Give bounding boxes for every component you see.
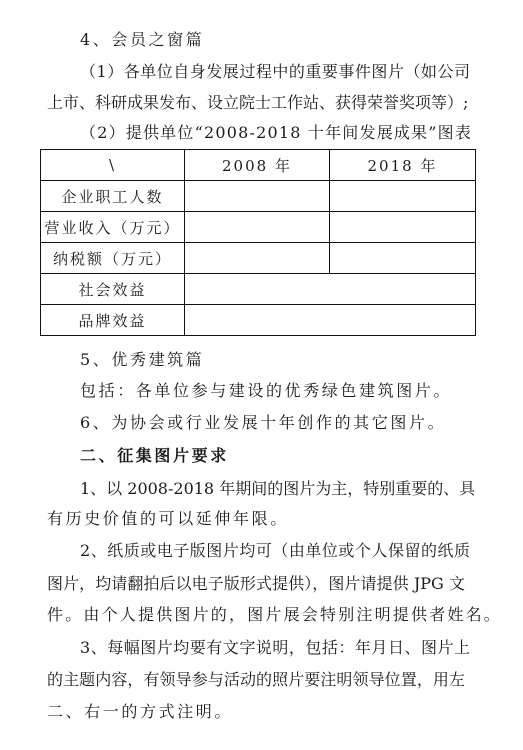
requirement-3-line-2: 的主题内容，有领导参与活动的照片要注明领导位置，用左 — [47, 668, 465, 692]
section-5-heading: 5、优秀建筑篇 — [80, 348, 470, 372]
section-5-body: 包括：各单位参与建设的优秀绿色建筑图片。 — [80, 379, 470, 403]
cell-brand-benefit[interactable] — [185, 305, 476, 336]
requirement-3-line-1: 3、每幅图片均要有文字说明，包括：年月日、图片上 — [80, 636, 470, 660]
row-label-tax: 纳税额（万元） — [41, 243, 185, 274]
row-label-revenue: 营业收入（万元） — [41, 212, 185, 243]
table-row: 社会效益 — [41, 274, 476, 305]
table-header-2008: 2008 年 — [185, 150, 330, 181]
section-4-item-1-line-2: 上市、科研成果发布、设立院士工作站、获得荣誉奖项等）; — [47, 91, 465, 115]
cell-revenue-2018[interactable] — [330, 212, 476, 243]
table-row: 营业收入（万元） — [41, 212, 476, 243]
section-6-heading: 6、为协会或行业发展十年创作的其它图片。 — [80, 411, 470, 435]
table-corner-cell: \ — [41, 150, 185, 181]
requirements-heading: 二、征集图片要求 — [80, 444, 470, 468]
cell-revenue-2008[interactable] — [185, 212, 330, 243]
cell-employees-2008[interactable] — [185, 181, 330, 212]
row-label-social-benefit: 社会效益 — [41, 274, 185, 305]
requirement-1-line-1: 1、以 2008-2018 年期间的图片为主，特别重要的、具 — [80, 477, 470, 501]
table-row: 品牌效益 — [41, 305, 476, 336]
row-label-employees: 企业职工人数 — [41, 181, 185, 212]
cell-tax-2008[interactable] — [185, 243, 330, 274]
row-label-brand-benefit: 品牌效益 — [41, 305, 185, 336]
development-results-table: \ 2008 年 2018 年 企业职工人数 营业收入（万元） 纳税额（万元） … — [40, 149, 476, 336]
table-row: 纳税额（万元） — [41, 243, 476, 274]
requirement-1-line-2: 有历史价值的可以延伸年限。 — [47, 507, 467, 531]
requirement-2-line-3: 件。由个人提供图片的，图片展会特别注明提供者姓名。 — [47, 603, 467, 627]
section-4-item-2: （2）提供单位“2008-2018 十年间发展成果”图表 — [80, 121, 470, 145]
section-4-item-1-line-1: （1）各单位自身发展过程中的重要事件图片（如公司 — [80, 60, 470, 84]
requirement-2-line-1: 2、纸质或电子版图片均可（由单位或个人保留的纸质 — [80, 539, 470, 563]
cell-social-benefit[interactable] — [185, 274, 476, 305]
requirement-3-line-3: 二、右一的方式注明。 — [47, 700, 467, 724]
requirement-2-line-2: 图片，均请翻拍后以电子版形式提供），图片请提供 JPG 文 — [47, 572, 465, 596]
cell-tax-2018[interactable] — [330, 243, 476, 274]
table-row: 企业职工人数 — [41, 181, 476, 212]
table-header-row: \ 2008 年 2018 年 — [41, 150, 476, 181]
table-header-2018: 2018 年 — [330, 150, 476, 181]
section-4-heading: 4、会员之窗篇 — [80, 28, 470, 52]
cell-employees-2018[interactable] — [330, 181, 476, 212]
